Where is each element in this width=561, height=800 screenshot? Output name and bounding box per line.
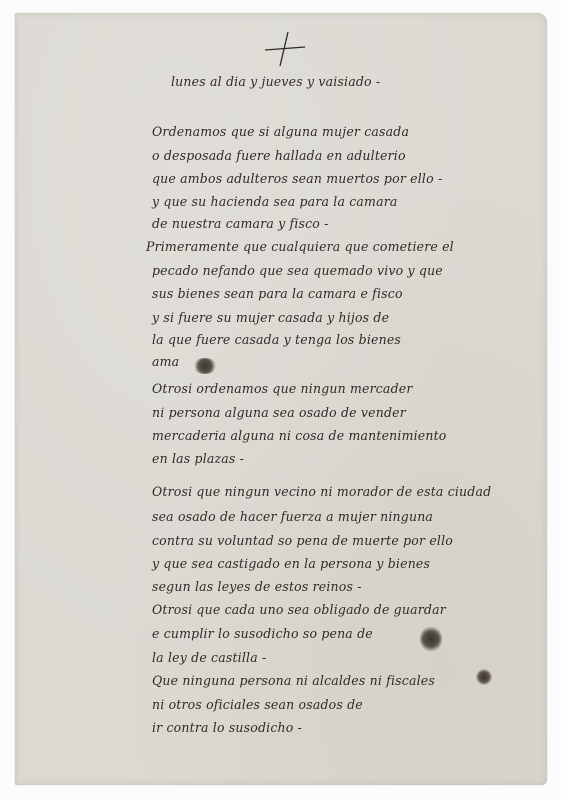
text-line: mercaderia alguna ni cosa de mantenimien… xyxy=(152,429,446,445)
text-line: ir contra lo susodicho - xyxy=(152,721,302,737)
text-line: Otrosi ordenamos que ningun mercader xyxy=(152,382,412,398)
text-line: y si fuere su mujer casada y hijos de xyxy=(152,311,389,327)
text-line: la ley de castilla - xyxy=(152,651,266,667)
text-line: segun las leyes de estos reinos - xyxy=(152,580,362,596)
text-line: ni otros oficiales sean osados de xyxy=(152,698,363,714)
text-line: y que su hacienda sea para la camara xyxy=(152,195,398,211)
text-line: de nuestra camara y fisco - xyxy=(152,217,329,233)
ink-blot xyxy=(476,669,492,685)
text-line: y que sea castigado en la persona y bien… xyxy=(152,557,430,573)
text-line: ni persona alguna sea osado de vender xyxy=(152,406,406,422)
text-line: Otrosi que ningun vecino ni morador de e… xyxy=(152,485,491,501)
text-line: Que ninguna persona ni alcaldes ni fisca… xyxy=(152,674,435,690)
text-line: que ambos adulteros sean muertos por ell… xyxy=(152,172,442,188)
text-line: e cumplir lo susodicho so pena de xyxy=(152,627,373,643)
text-line: Ordenamos que si alguna mujer casada xyxy=(152,125,409,141)
text-line: sus bienes sean para la camara e fisco xyxy=(152,287,403,303)
text-line: contra su voluntad so pena de muerte por… xyxy=(152,534,453,550)
text-line: pecado nefando que sea quemado vivo y qu… xyxy=(152,264,443,280)
text-line: Primeramente que cualquiera que cometier… xyxy=(146,240,454,256)
ink-blot xyxy=(193,358,217,374)
text-line: la que fuere casada y tenga los bienes xyxy=(152,333,401,349)
text-line: sea osado de hacer fuerza a mujer ningun… xyxy=(152,510,433,526)
text-line: en las plazas - xyxy=(152,452,244,468)
text-line: o desposada fuere hallada en adulterio xyxy=(152,149,406,165)
ink-blot xyxy=(420,626,442,652)
text-line: ama xyxy=(152,355,179,371)
manuscript-page: + lunes al dia y jueves y vaisiado - Ord… xyxy=(15,13,547,785)
cross-mark-icon xyxy=(255,30,315,70)
text-line: Otrosi que cada uno sea obligado de guar… xyxy=(152,603,446,619)
document-title: lunes al dia y jueves y vaisiado - xyxy=(171,75,380,91)
